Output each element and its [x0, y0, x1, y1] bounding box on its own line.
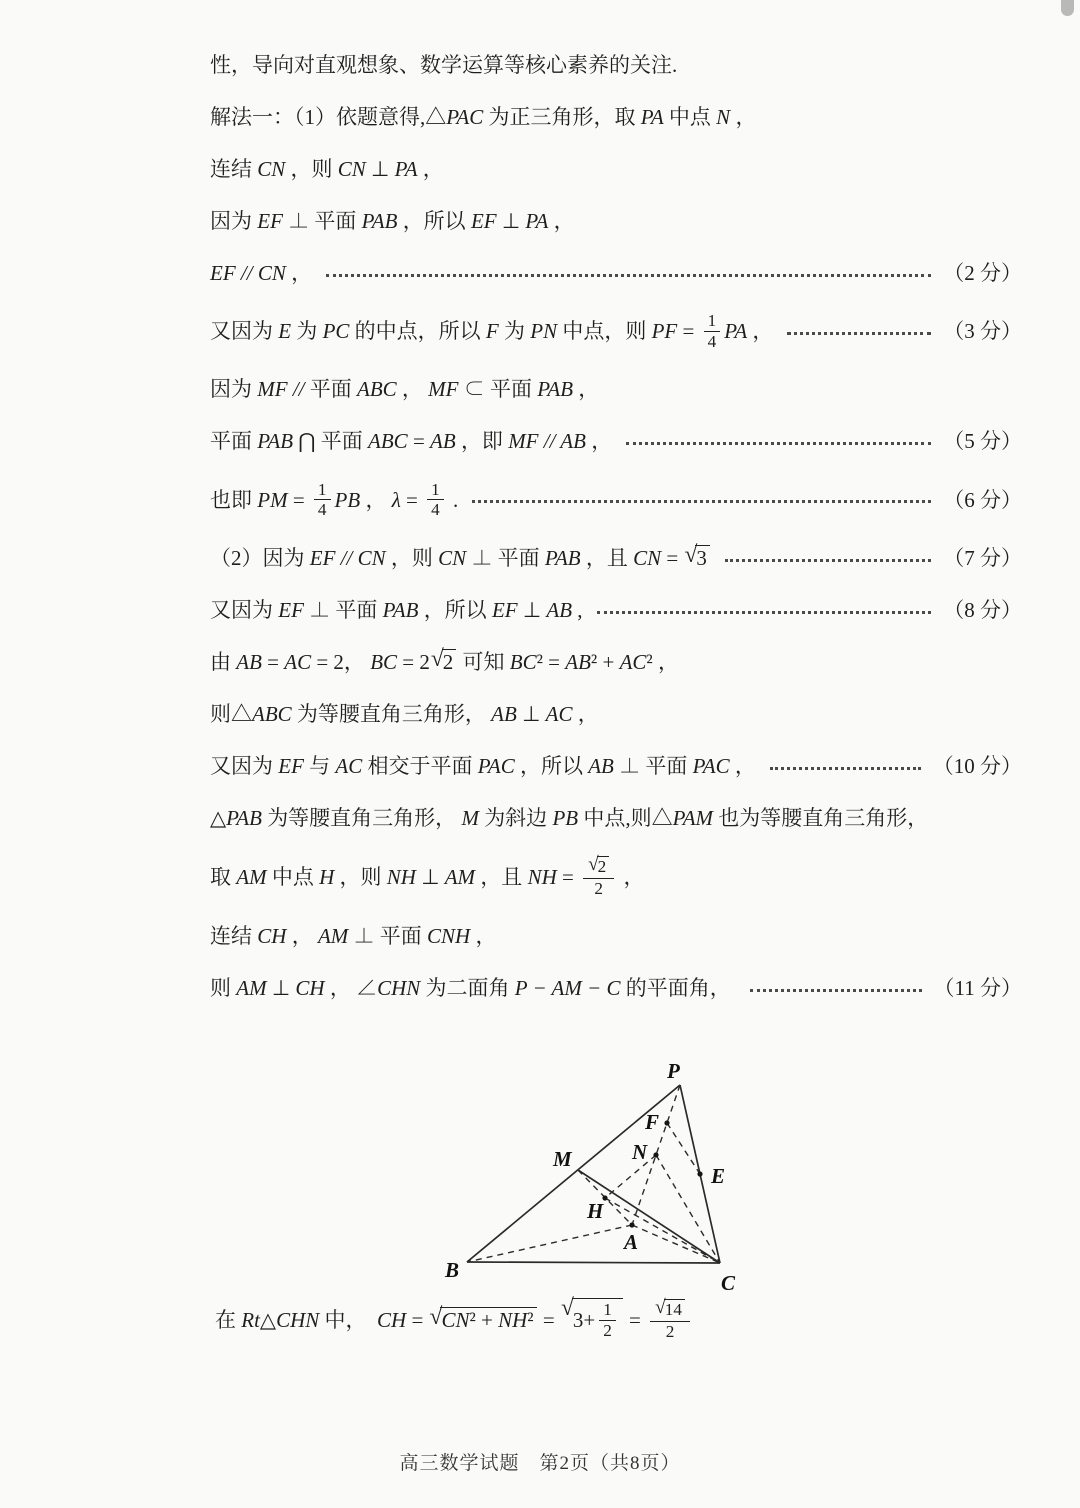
- fraction: 14: [427, 480, 444, 521]
- math-run: P − AM − C: [515, 974, 621, 1002]
- fraction: 12: [599, 1300, 616, 1341]
- text-run: ⊥ 平面: [466, 544, 545, 572]
- solution-line: 连结 CH ， AM ⊥ 平面 CNH ，: [210, 922, 1022, 952]
- text-run: 又因为: [210, 317, 278, 345]
- point-dot-F: [664, 1120, 669, 1125]
- score-label: （10 分）: [933, 752, 1022, 780]
- math-run: EF: [278, 752, 304, 780]
- text-run: ，: [397, 375, 429, 403]
- math-run: PAC: [446, 103, 483, 131]
- math-run: H: [319, 863, 334, 891]
- dashed-edge-AC: [632, 1225, 720, 1263]
- formula-line: 在 Rt△CHN 中， CH = √CN² + NH² = √3+12 = √1…: [215, 1298, 1022, 1342]
- score-label: （3 分）: [943, 317, 1022, 345]
- text-run: 2: [594, 879, 603, 899]
- math-run: CHN: [377, 974, 420, 1002]
- solution-text: 性，导向对直观想象、数学运算等核心素养的关注.解法一：（1）依题意得,△PAC …: [210, 50, 1022, 1026]
- solution-line: 解法一：（1）依题意得,△PAC 为正三角形，取 PA 中点 N ，: [210, 102, 1022, 132]
- text-run: ⊥: [416, 863, 445, 891]
- math-run: ABC: [368, 427, 408, 455]
- text-run: ，: [548, 207, 574, 235]
- math-run: BC: [510, 648, 537, 676]
- text-run: 1: [708, 311, 717, 331]
- math-run: AB: [236, 648, 262, 676]
- score-label: （5 分）: [943, 427, 1022, 455]
- square-root: √3+12: [561, 1298, 623, 1342]
- text-run: 为等腰直角三角形，: [292, 700, 492, 728]
- text-run: 的平面角，: [621, 974, 737, 1002]
- text-run: 也为等腰直角三角形，: [713, 804, 928, 832]
- text-run: 中点: [267, 863, 320, 891]
- fraction-numerator: 1: [314, 480, 331, 501]
- text-run: ⊥ 平面: [304, 596, 383, 624]
- text-run: 1: [318, 480, 327, 500]
- math-run: CH: [295, 974, 324, 1002]
- math-run: CHN: [276, 1306, 319, 1334]
- solution-line: 性，导向对直观想象、数学运算等核心素养的关注.: [210, 50, 1022, 80]
- math-run: PAM: [673, 804, 713, 832]
- square-root: √CN² + NH²: [430, 1307, 537, 1333]
- text-run: ,: [572, 596, 583, 624]
- text-run: ² +: [591, 648, 620, 676]
- math-run: PF: [652, 317, 678, 345]
- math-run: AB: [588, 752, 614, 780]
- radicand: 3: [695, 545, 710, 571]
- point-label-H: H: [586, 1199, 604, 1223]
- text-run: 为: [499, 317, 531, 345]
- math-run: F: [486, 317, 499, 345]
- math-run: AC: [284, 648, 311, 676]
- solution-line: 又因为 E 为 PC 的中点，所以 F 为 PN 中点，则 PF = 14PA …: [210, 310, 1022, 353]
- math-run: EF // CN: [310, 544, 386, 572]
- dotted-leader: [750, 989, 922, 992]
- math-run: CN: [438, 544, 466, 572]
- math-run: BC: [370, 648, 397, 676]
- math-run: EF: [492, 596, 518, 624]
- text-run: = 2: [397, 648, 430, 676]
- text-run: =: [557, 863, 579, 891]
- math-run: PN: [530, 317, 557, 345]
- math-run: PAC: [693, 752, 730, 780]
- text-run: 平面: [310, 375, 357, 403]
- radical-icon: √: [655, 1298, 666, 1317]
- square-root: √2: [588, 856, 609, 878]
- text-run: ，: [586, 427, 612, 455]
- math-run: AM: [236, 974, 266, 1002]
- solution-line: 取 AM 中点 H ，则 NH ⊥ AM ，且 NH = √22 ，: [210, 855, 1022, 899]
- point-label-F: F: [644, 1110, 659, 1134]
- text-run: 因为: [210, 207, 257, 235]
- score-label: （8 分）: [943, 596, 1022, 624]
- math-run: PAB: [362, 207, 398, 235]
- fraction: √142: [650, 1299, 690, 1341]
- math-run: PAC: [478, 752, 515, 780]
- text-run: = 2，: [311, 648, 370, 676]
- text-run: ，: [730, 103, 756, 131]
- text-run: =: [408, 427, 430, 455]
- math-run: EF: [471, 207, 497, 235]
- point-dot-E: [697, 1171, 702, 1176]
- text-run: （2）因为: [210, 544, 310, 572]
- text-run: ，所以: [397, 207, 471, 235]
- text-run: ⊥: [518, 596, 547, 624]
- text-run: ⊥: [517, 700, 546, 728]
- math-run: AM: [445, 863, 475, 891]
- radicand: 14: [664, 1299, 685, 1321]
- square-root: √14: [655, 1299, 685, 1321]
- math-run: NH: [528, 863, 557, 891]
- text-run: ⊥ 平面: [283, 207, 362, 235]
- math-run: PA: [525, 207, 548, 235]
- math-run: N: [716, 103, 730, 131]
- page-footer: 高三数学试题 第2页（共8页）: [0, 1448, 1080, 1475]
- text-run: ⊥: [366, 155, 395, 183]
- math-run: CN: [633, 544, 661, 572]
- math-run: ABC: [357, 375, 397, 403]
- math-run: PAB: [537, 375, 573, 403]
- text-run: ²: [527, 1308, 533, 1333]
- fraction: √22: [583, 856, 614, 898]
- text-run: =: [624, 1306, 646, 1334]
- math-run: MF //: [257, 375, 310, 403]
- text-run: 1: [603, 1300, 612, 1320]
- text-run: ，即: [456, 427, 509, 455]
- math-run: MF // AB: [508, 427, 586, 455]
- text-run: 由: [210, 648, 236, 676]
- solution-line: 平面 PAB ⋂ 平面 ABC = AB ，即 MF // AB ，（5 分）: [210, 427, 1022, 457]
- score-label: （7 分）: [943, 544, 1022, 572]
- text-run: 性，导向对直观想象、数学运算等核心素养的关注.: [210, 51, 677, 79]
- math-run: EF: [278, 596, 304, 624]
- text-run: 为二面角: [420, 974, 515, 1002]
- point-label-M: M: [552, 1147, 573, 1171]
- solution-line: △PAB 为等腰直角三角形， M 为斜边 PB 中点,则△PAM 也为等腰直角三…: [210, 803, 1022, 833]
- radicand: 2: [442, 649, 457, 675]
- text-run: =: [288, 486, 310, 514]
- radical-icon: √: [430, 1306, 443, 1330]
- fraction-denominator: 4: [427, 500, 444, 520]
- math-run: M: [461, 804, 479, 832]
- score-label: （11 分）: [934, 974, 1022, 1002]
- math-run: AB: [565, 648, 591, 676]
- text-run: 的中点，所以: [349, 317, 486, 345]
- point-label-A: A: [622, 1230, 638, 1254]
- text-run: ，则: [334, 863, 387, 891]
- text-run: .: [448, 486, 459, 514]
- text-run: ⊥: [497, 207, 526, 235]
- dotted-leader: [326, 274, 931, 277]
- math-run: λ: [392, 486, 401, 514]
- solution-line: 则△ABC 为等腰直角三角形， AB ⊥ AC ，: [210, 699, 1022, 729]
- point-label-N: N: [631, 1140, 648, 1164]
- point-dot-A: [629, 1222, 634, 1227]
- math-run: ABC: [252, 700, 292, 728]
- radicand: CN² + NH²: [440, 1307, 536, 1333]
- fraction-numerator: 1: [599, 1300, 616, 1321]
- geometry-figure: PBCMFNEHA: [436, 1056, 758, 1298]
- fraction-numerator: 1: [427, 480, 444, 501]
- text-run: =: [262, 648, 284, 676]
- dotted-leader: [626, 442, 931, 445]
- solution-line: 连结 CN ，则 CN ⊥ PA ，: [210, 154, 1022, 184]
- math-run: PAB: [226, 804, 262, 832]
- solution-line: 也即 PM = 14PB ， λ = 14 .（6 分）: [210, 479, 1022, 522]
- text-run: ，则: [285, 155, 338, 183]
- math-run: E: [278, 317, 291, 345]
- text-run: 中点,则△: [578, 804, 673, 832]
- text-run: 平面: [210, 427, 257, 455]
- math-run: CH: [257, 922, 286, 950]
- text-run: ，则: [386, 544, 439, 572]
- fraction-denominator: 4: [704, 332, 721, 352]
- text-run: 中，: [319, 1306, 377, 1334]
- point-dot-N: [653, 1152, 658, 1157]
- math-run: PAB: [545, 544, 581, 572]
- text-run: △: [260, 1306, 276, 1334]
- text-run: ⊥ 平面: [348, 922, 427, 950]
- fraction-denominator: 2: [599, 1321, 616, 1341]
- text-run: 在: [215, 1306, 241, 1334]
- text-run: 2: [666, 1322, 675, 1342]
- text-run: 为: [291, 317, 323, 345]
- text-run: 3: [696, 546, 707, 571]
- text-run: 连结: [210, 922, 257, 950]
- text-run: 与: [304, 752, 336, 780]
- text-run: ，: [418, 155, 444, 183]
- text-run: ，所以: [515, 752, 589, 780]
- math-run: MF: [428, 375, 458, 403]
- text-run: △: [210, 804, 226, 832]
- text-run: =: [661, 544, 683, 572]
- text-run: ，: [573, 375, 599, 403]
- solution-line: 又因为 EF ⊥ 平面 PAB ，所以 EF ⊥ AB ,（8 分）: [210, 595, 1022, 625]
- text-run: ，所以: [418, 596, 492, 624]
- fraction-denominator: 2: [662, 1322, 679, 1342]
- math-run: NH: [387, 863, 416, 891]
- text-run: ，: [470, 922, 496, 950]
- math-run: AC: [546, 700, 573, 728]
- fraction: 14: [314, 480, 331, 521]
- solution-line: EF // CN ，（2 分）: [210, 258, 1022, 288]
- text-run: 中点，则: [557, 317, 652, 345]
- solution-line: 因为 MF // 平面 ABC ， MF ⊂ 平面 PAB ，: [210, 375, 1022, 405]
- text-run: 2: [443, 650, 454, 675]
- math-run: AM: [236, 863, 266, 891]
- text-run: 则: [210, 974, 236, 1002]
- text-run: 相交于平面: [362, 752, 478, 780]
- text-run: 又因为: [210, 596, 278, 624]
- radical-icon: √: [685, 544, 698, 568]
- solution-line: 因为 EF ⊥ 平面 PAB ，所以 EF ⊥ PA ，: [210, 206, 1022, 236]
- math-run: AM: [318, 922, 348, 950]
- dotted-leader: [787, 332, 931, 335]
- text-run: ² +: [469, 1308, 498, 1333]
- text-run: 1: [431, 480, 440, 500]
- dashed-edge-AB: [467, 1225, 632, 1262]
- math-run: CNH: [427, 922, 470, 950]
- text-run: ，: [747, 317, 773, 345]
- text-run: ⊥: [267, 974, 296, 1002]
- point-label-E: E: [710, 1164, 725, 1188]
- square-root: √3: [685, 545, 710, 571]
- text-run: 2: [603, 1321, 612, 1341]
- solution-line: 由 AB = AC = 2， BC = 2√2 可知 BC² = AB² + A…: [210, 647, 1022, 677]
- text-run: 为斜边: [479, 804, 553, 832]
- math-run: EF: [257, 207, 283, 235]
- text-run: 则△: [210, 700, 252, 728]
- dotted-leader: [597, 611, 932, 614]
- point-label-C: C: [721, 1271, 736, 1295]
- solution-line: （2）因为 EF // CN ，则 CN ⊥ 平面 PAB ，且 CN = √3…: [210, 543, 1022, 573]
- math-run: AB: [491, 700, 517, 728]
- triangle-diagram: PBCMFNEHA: [436, 1056, 758, 1298]
- text-run: ⋂ 平面: [293, 427, 368, 455]
- math-run: AB: [430, 427, 456, 455]
- radicand: 3+12: [572, 1298, 623, 1342]
- dashed-edge-NH: [605, 1155, 656, 1198]
- text-run: =: [401, 486, 423, 514]
- math-run: PA: [724, 317, 747, 345]
- text-run: =: [406, 1306, 428, 1334]
- math-run: PB: [335, 486, 361, 514]
- text-run: =: [538, 1306, 560, 1334]
- formula-math-line: 在 Rt△CHN 中， CH = √CN² + NH² = √3+12 = √1…: [215, 1298, 1022, 1342]
- text-run: 解法一：（1）依题意得,△: [210, 103, 446, 131]
- text-run: 4: [431, 500, 440, 520]
- fraction-numerator: √2: [583, 856, 614, 879]
- text-run: =: [677, 317, 699, 345]
- math-run: PAB: [257, 427, 293, 455]
- fraction-denominator: 2: [590, 879, 607, 899]
- dotted-leader: [725, 559, 931, 562]
- math-run: AC: [620, 648, 647, 676]
- dotted-leader: [770, 767, 921, 770]
- text-run: ，且: [581, 544, 634, 572]
- math-run: PA: [395, 155, 418, 183]
- radical-icon: √: [561, 1297, 574, 1321]
- dotted-leader: [472, 500, 931, 503]
- score-label: （6 分）: [943, 486, 1022, 514]
- math-run: CN: [441, 1308, 469, 1333]
- text-run: 取: [210, 863, 236, 891]
- radical-icon: √: [588, 855, 599, 874]
- math-run: PB: [552, 804, 578, 832]
- text-run: ⊥ 平面: [614, 752, 693, 780]
- text-run: 4: [708, 332, 717, 352]
- fraction-denominator: 4: [314, 500, 331, 520]
- math-run: EF // CN: [210, 259, 286, 287]
- scrollbar-thumb[interactable]: [1061, 0, 1074, 16]
- math-run: NH: [498, 1308, 527, 1333]
- math-run: PA: [641, 103, 664, 131]
- text-run: 4: [318, 500, 327, 520]
- fraction-numerator: √14: [650, 1299, 690, 1322]
- solution-line: 则 AM ⊥ CH ， ∠CHN 为二面角 P − AM − C 的平面角， （…: [210, 974, 1022, 1004]
- text-run: ² =: [537, 648, 566, 676]
- text-run: 连结: [210, 155, 257, 183]
- dashed-edge-HC: [605, 1198, 720, 1263]
- text-run: ，: [618, 863, 644, 891]
- fraction-numerator: 1: [704, 311, 721, 332]
- text-run: ，: [286, 259, 312, 287]
- text-run: ， ∠: [325, 974, 378, 1002]
- text-run: ² ，: [646, 648, 679, 676]
- math-run: AB: [546, 596, 572, 624]
- fraction: 14: [704, 311, 721, 352]
- text-run: 可知: [457, 648, 510, 676]
- text-run: 又因为: [210, 752, 278, 780]
- text-run: ，: [572, 700, 598, 728]
- text-run: 因为: [210, 375, 257, 403]
- score-label: （2 分）: [943, 259, 1022, 287]
- math-run: CH: [377, 1306, 406, 1334]
- math-run: PM: [257, 486, 287, 514]
- point-label-P: P: [666, 1059, 680, 1083]
- text-run: ，: [286, 922, 318, 950]
- text-run: 为等腰直角三角形，: [262, 804, 462, 832]
- math-run: AC: [335, 752, 362, 780]
- text-run: 中点: [664, 103, 717, 131]
- text-run: 3+: [573, 1308, 595, 1333]
- math-run: PC: [323, 317, 350, 345]
- square-root: √2: [431, 649, 456, 675]
- text-run: 为正三角形，取: [483, 103, 641, 131]
- math-run: CN: [338, 155, 366, 183]
- math-run: PAB: [383, 596, 419, 624]
- text-run: ，: [360, 486, 392, 514]
- solid-edge-BC: [467, 1262, 720, 1263]
- point-label-B: B: [444, 1258, 459, 1282]
- radical-icon: √: [431, 648, 444, 672]
- text-run: 也即: [210, 486, 257, 514]
- math-run: Rt: [241, 1306, 260, 1334]
- solution-line: 又因为 EF 与 AC 相交于平面 PAC ，所以 AB ⊥ 平面 PAC ，（…: [210, 751, 1022, 781]
- text-run: ⊂ 平面: [459, 375, 538, 403]
- math-run: CN: [257, 155, 285, 183]
- text-run: ，: [730, 752, 756, 780]
- text-run: ，且: [475, 863, 528, 891]
- text-run: 14: [665, 1300, 682, 1321]
